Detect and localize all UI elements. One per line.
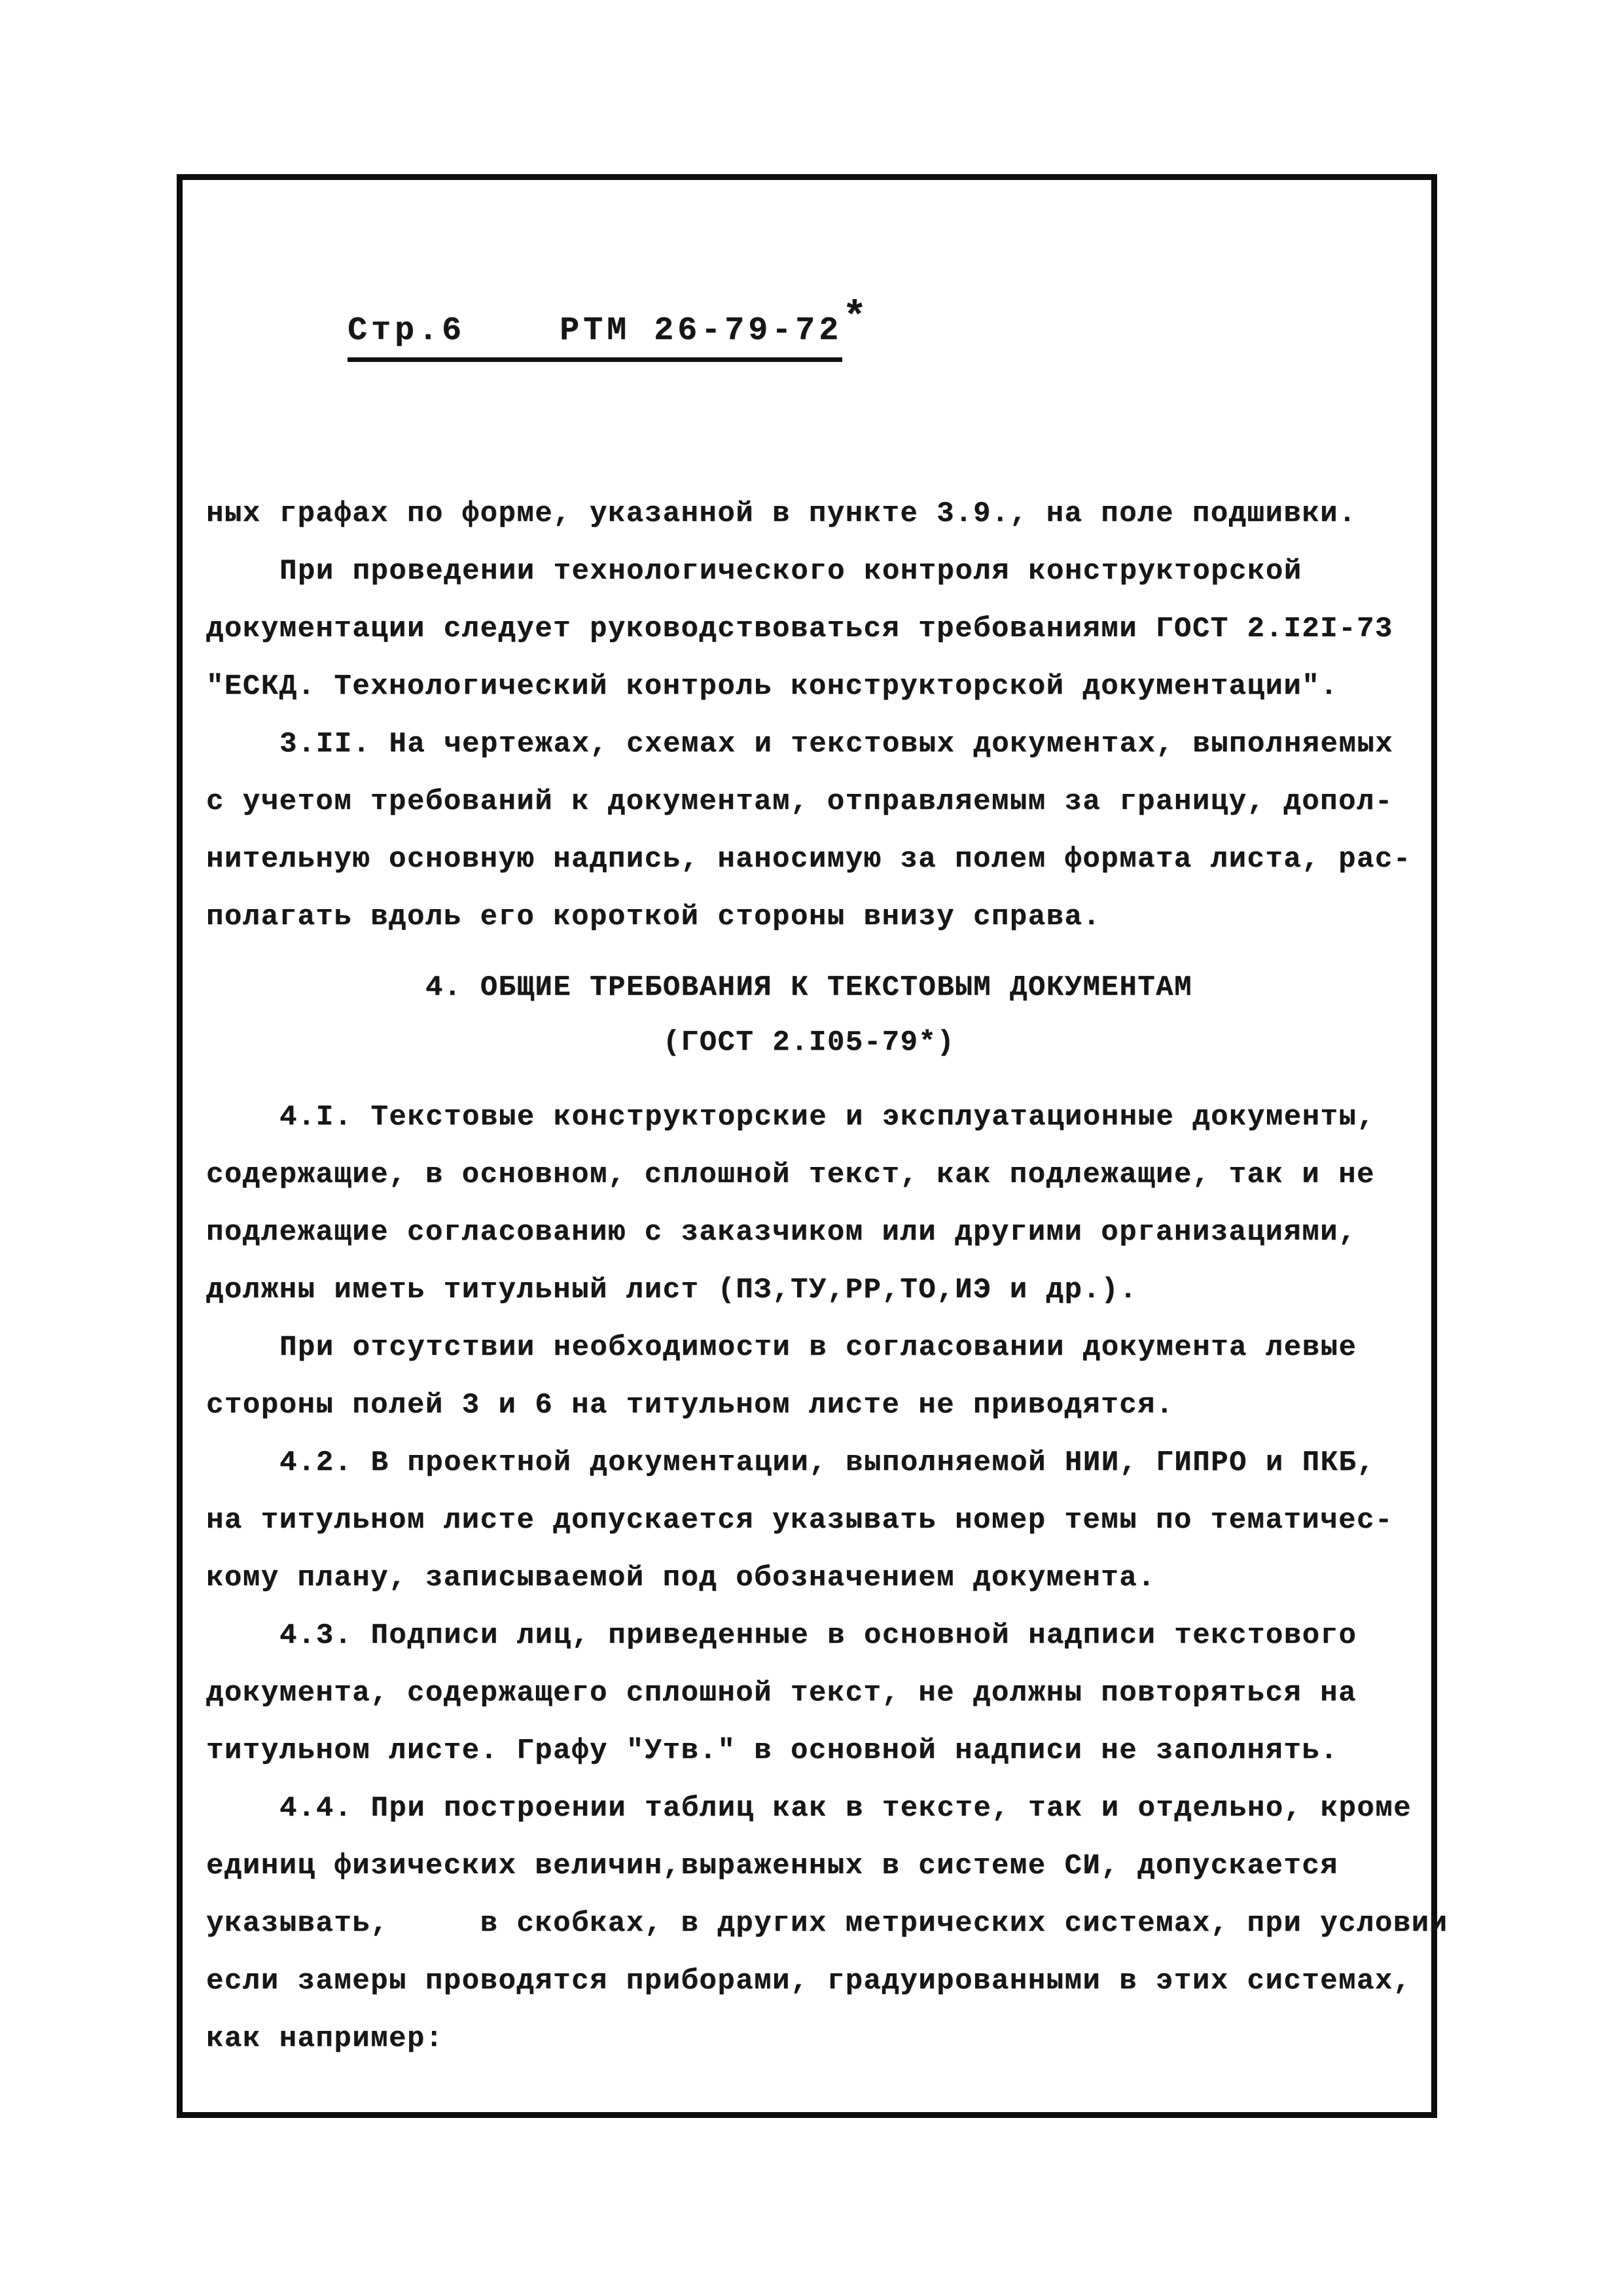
page-header-text: Стр.6 РТМ 26-79-72 [348, 312, 842, 362]
text-line: единиц физических величин,выраженных в с… [206, 1837, 1412, 1895]
text-line: 3.II. На чертежах, схемах и текстовых до… [206, 715, 1412, 773]
page-border: Стр.6 РТМ 26-79-72* ных графах по форме,… [177, 174, 1437, 2118]
text-line: должны иметь титульный лист (ПЗ,ТУ,РР,ТО… [206, 1261, 1412, 1319]
text-line: если замеры проводятся приборами, градуи… [206, 1952, 1412, 2010]
section-heading: 4. ОБЩИЕ ТРЕБОВАНИЯ К ТЕКСТОВЫМ ДОКУМЕНТ… [206, 960, 1412, 1015]
text-line: указывать, в скобках, в других метрическ… [206, 1895, 1412, 1952]
text-line: как например: [206, 2010, 1412, 2068]
text-line: кому плану, записываемой под обозначение… [206, 1549, 1412, 1607]
text-line: стороны полей 3 и 6 на титульном листе н… [206, 1376, 1412, 1434]
text-line: При отсутствии необходимости в согласова… [206, 1319, 1412, 1376]
text-line: 4.2. В проектной документации, выполняем… [206, 1434, 1412, 1492]
text-line: ных графах по форме, указанной в пункте … [206, 485, 1412, 543]
text-line: 4.I. Текстовые конструкторские и эксплуа… [206, 1088, 1412, 1146]
text-line: При проведении технологического контроля… [206, 543, 1412, 600]
text-line: на титульном листе допускается указывать… [206, 1492, 1412, 1549]
section-heading-block: 4. ОБЩИЕ ТРЕБОВАНИЯ К ТЕКСТОВЫМ ДОКУМЕНТ… [206, 960, 1412, 1070]
text-line: с учетом требований к документам, отправ… [206, 773, 1412, 831]
text-line: содержащие, в основном, сплошной текст, … [206, 1146, 1412, 1204]
text-line: титульном листе. Графу "Утв." в основной… [206, 1722, 1412, 1780]
section-subheading: (ГОСТ 2.I05-79*) [206, 1015, 1412, 1070]
page-header-asterisk: * [842, 295, 866, 341]
text-line: документации следует руководствоваться т… [206, 600, 1412, 658]
text-line: документа, содержащего сплошной текст, н… [206, 1664, 1412, 1722]
text-line: "ЕСКД. Технологический контроль конструк… [206, 658, 1412, 715]
text-line: подлежащие согласованию с заказчиком или… [206, 1204, 1412, 1261]
text-line: полагать вдоль его короткой стороны вниз… [206, 888, 1412, 946]
body-text: ных графах по форме, указанной в пункте … [206, 485, 1412, 2068]
text-line: 4.4. При построении таблиц как в тексте,… [206, 1780, 1412, 1837]
text-line: нительную основную надпись, наносимую за… [206, 831, 1412, 888]
text-line: 4.3. Подписи лиц, приведенные в основной… [206, 1607, 1412, 1664]
page-header: Стр.6 РТМ 26-79-72* [206, 257, 1412, 387]
page-content: Стр.6 РТМ 26-79-72* ных графах по форме,… [206, 180, 1412, 2068]
